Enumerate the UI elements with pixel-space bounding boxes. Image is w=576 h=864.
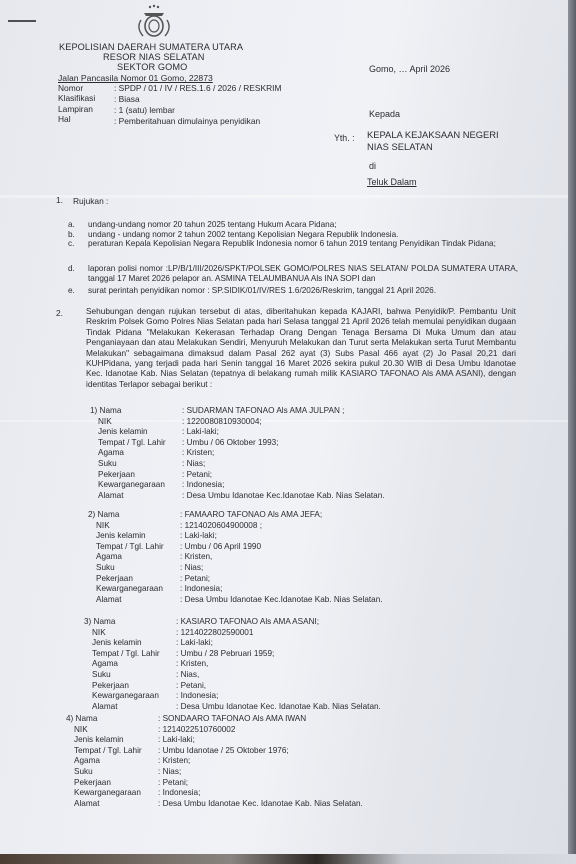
field-label: Jenis kelamin <box>98 427 148 438</box>
paper-fold <box>0 420 568 422</box>
field-value: Desa Umbu Idanotae Kec.Idanotae Kab. Nia… <box>180 595 383 606</box>
meta-value-nomor: : SPDP / 01 / IV / RES.1.6 / 2026 / RESK… <box>114 83 281 93</box>
meta-value-lampiran: : 1 (satu) lembar <box>114 105 175 115</box>
reference-item: c. peraturan Kepala Kepolisian Negara Re… <box>68 239 523 259</box>
pen-mark <box>8 20 36 22</box>
field-value: Umbu Idanotae / 25 Oktober 1976; <box>158 746 289 757</box>
field-label: Tempat / Tgl. Lahir <box>74 746 142 757</box>
field-value: FAMAARO TAFONAO Als AMA JEFA; <box>180 510 322 521</box>
table-surface <box>0 854 576 864</box>
field-value: Indonesia; <box>158 788 200 799</box>
field-label: Agama <box>74 756 100 767</box>
page-edge <box>568 0 576 864</box>
field-value: SUDARMAN TAFONAO Als AMA JULPAN ; <box>182 406 344 417</box>
field-value: Laki-laki; <box>180 531 217 542</box>
field-value: Nias; <box>182 459 205 470</box>
meta-value-hal: : Pemberitahuan dimulainya penyidikan <box>114 116 260 126</box>
field-label: 4) Nama <box>66 714 97 725</box>
field-value: 1214020604900008 ; <box>180 521 262 532</box>
field-value: Umbu / 06 April 1990 <box>180 542 261 553</box>
reference-label: a. <box>68 220 75 230</box>
field-label: Tempat / Tgl. Lahir <box>96 542 164 553</box>
field-value: Nias; <box>158 767 181 778</box>
meta-label-nomor: Nomor <box>58 83 83 93</box>
field-value: Kristen, <box>180 552 212 563</box>
reference-item: a. undang-undang nomor 20 tahun 2025 ten… <box>68 220 523 230</box>
field-label: Suku <box>92 670 111 681</box>
field-label: Agama <box>92 659 118 670</box>
field-label: NIK <box>96 521 110 532</box>
field-label: NIK <box>74 725 88 736</box>
field-label: 1) Nama <box>90 406 121 417</box>
section-1-number: 1. <box>56 195 63 205</box>
reference-label: c. <box>68 239 74 249</box>
field-value: 1220080810930004; <box>182 417 262 428</box>
reference-label: d. <box>68 264 75 274</box>
field-value: Umbu / 06 Oktober 1993; <box>182 438 279 449</box>
field-label: Alamat <box>96 595 121 606</box>
field-label: Kewarganegaraan <box>96 584 163 595</box>
field-value: Desa Umbu Idanotae Kec.Idanotae Kab. Nia… <box>182 491 385 502</box>
field-label: Kewarganegaraan <box>92 691 159 702</box>
section-2-number: 2. <box>56 308 63 318</box>
reference-item: e. surat perintah penyidikan nomor : SP.… <box>68 286 523 296</box>
letterhead-line-2: RESOR NIAS SELATAN <box>103 52 205 62</box>
date-line: Gomo, … April 2026 <box>369 64 450 74</box>
field-label: Jenis kelamin <box>96 531 146 542</box>
letterhead-address: Jalan Pancasila Nomor 01 Gomo, 22873 <box>58 73 213 83</box>
police-emblem-icon <box>133 4 175 40</box>
field-label: NIK <box>98 417 112 428</box>
field-label: Pekerjaan <box>96 574 133 585</box>
field-value: Kristen; <box>158 756 190 767</box>
recipient-place: Teluk Dalam <box>367 177 417 187</box>
field-value: Desa Umbu Idanotae Kec. Idanotae Kab. Ni… <box>158 799 363 810</box>
meta-label-klasifikasi: Klasifikasi <box>58 93 95 103</box>
field-value: Desa Umbu Idanotae Kec. Idanotae Kab. Ni… <box>176 702 381 713</box>
field-value: Nias, <box>176 670 199 681</box>
field-value: Indonesia; <box>182 480 224 491</box>
field-label: Tempat / Tgl. Lahir <box>98 438 166 449</box>
field-label: Alamat <box>74 799 99 810</box>
field-label: 3) Nama <box>84 617 115 628</box>
section-1-title: Rujukan : <box>73 196 108 206</box>
field-value: 1214022802590001 <box>176 628 253 639</box>
field-label: Suku <box>96 563 115 574</box>
letterhead-line-1: KEPOLISIAN DAERAH SUMATERA UTARA <box>59 42 243 52</box>
field-value: SONDAARO TAFONAO Als AMA IWAN <box>158 714 306 725</box>
field-value: Petani, <box>176 681 206 692</box>
field-label: Jenis kelamin <box>74 735 124 746</box>
recipient-kepada: Kepada <box>369 109 400 119</box>
field-value: Indonesia; <box>176 691 218 702</box>
field-label: Pekerjaan <box>74 778 111 789</box>
field-value: Laki-laki; <box>158 735 195 746</box>
meta-label-lampiran: Lampiran <box>58 104 93 114</box>
reference-label: e. <box>68 286 75 296</box>
meta-label-hal: Hal <box>58 114 71 124</box>
recipient-name-2: NIAS SELATAN <box>367 142 433 152</box>
reference-text: surat perintah penyidikan nomor : SP.SID… <box>88 286 518 296</box>
field-value: Indonesia; <box>180 584 222 595</box>
field-value: Petani; <box>180 574 210 585</box>
field-label: 2) Nama <box>88 510 119 521</box>
recipient-name-1: KEPALA KEJAKSAAN NEGERI <box>367 130 499 140</box>
field-value: Laki-laki; <box>176 638 213 649</box>
field-value: Laki-laki; <box>182 427 219 438</box>
field-label: Agama <box>98 448 124 459</box>
field-value: Kristen, <box>176 659 208 670</box>
reference-item: d. laporan polisi nomor :LP/B/1/III/2026… <box>68 264 523 284</box>
section-2-paragraph: Sehubungan dengan rujukan tersebut di at… <box>86 306 516 389</box>
field-label: Agama <box>96 552 122 563</box>
field-value: Petani; <box>158 778 188 789</box>
field-value: Nias; <box>180 563 203 574</box>
field-label: NIK <box>92 628 106 639</box>
recipient-yth: Yth. : <box>334 133 355 143</box>
letterhead-line-3: SEKTOR GOMO <box>117 62 187 72</box>
field-label: Kewarganegaraan <box>98 480 165 491</box>
field-label: Jenis kelamin <box>92 638 142 649</box>
reference-text: undang-undang nomor 20 tahun 2025 tentan… <box>88 220 518 230</box>
field-value: 1214022510760002 <box>158 725 235 736</box>
meta-value-klasifikasi: : Biasa <box>114 94 140 104</box>
field-value: Petani; <box>182 470 212 481</box>
field-value: KASIARO TAFONAO Als AMA ASANI; <box>176 617 319 628</box>
recipient-di: di <box>369 161 376 171</box>
field-label: Tempat / Tgl. Lahir <box>92 649 160 660</box>
field-label: Pekerjaan <box>92 681 129 692</box>
field-value: Umbu / 28 Pebruari 1959; <box>176 649 274 660</box>
field-label: Suku <box>74 767 93 778</box>
reference-text: peraturan Kepala Kepolisian Negara Repub… <box>88 239 518 249</box>
field-label: Kewarganegaraan <box>74 788 141 799</box>
field-label: Alamat <box>92 702 117 713</box>
field-label: Suku <box>98 459 117 470</box>
reference-text: laporan polisi nomor :LP/B/1/III/2026/SP… <box>88 264 518 283</box>
field-value: Kristen; <box>182 448 214 459</box>
field-label: Alamat <box>98 491 123 502</box>
letter-paper: KEPOLISIAN DAERAH SUMATERA UTARA RESOR N… <box>0 0 568 855</box>
field-label: Pekerjaan <box>98 470 135 481</box>
